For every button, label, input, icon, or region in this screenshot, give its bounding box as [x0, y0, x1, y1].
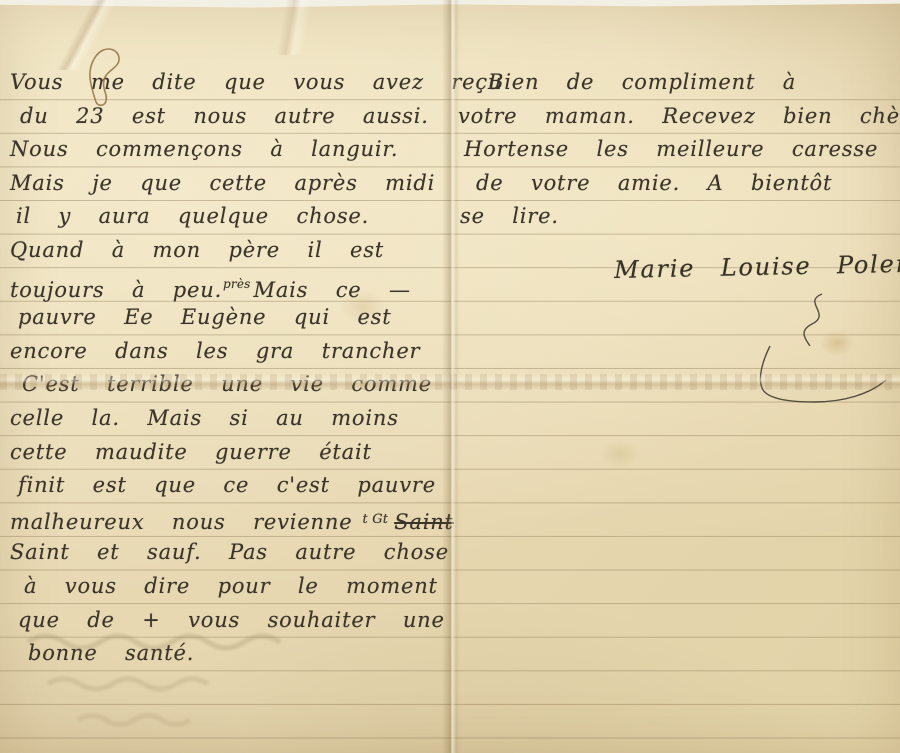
handwriting-line: celle la. Mais si au moins — [10, 402, 446, 436]
bleed-through-ghost-text — [18, 612, 448, 742]
handwriting-line: cette maudite guerre était — [10, 436, 446, 470]
handwriting-line: Mais je que cette après midi — [10, 167, 446, 201]
handwriting-line: Quand à mon père il est — [10, 234, 446, 268]
handwriting-line: finit est que ce c'est pauvre — [18, 469, 446, 503]
handwriting-line: Vous me dite que vous avez reçu — [10, 66, 446, 100]
letter-right-page: Bien de compliment à votre maman. Receve… — [458, 66, 898, 284]
handwriting-line: toujours à peu.prèsMais ce — — [10, 268, 446, 302]
handwriting-line: Nous commençons à languir. — [10, 133, 446, 167]
handwriting-line: Bien de compliment à — [488, 66, 898, 100]
superscript-insertion: près — [223, 277, 250, 291]
handwriting-segment: toujours à peu. — [10, 278, 222, 302]
scanned-letter: Vous me dite que vous avez reçu du 23 es… — [0, 0, 900, 753]
signature-flourish-icon — [788, 292, 842, 348]
handwriting-line: à vous dire pour le moment — [24, 570, 446, 604]
letter-left-page: Vous me dite que vous avez reçu du 23 es… — [10, 66, 446, 671]
handwriting-line: encore dans les gra trancher — [10, 335, 446, 369]
signature: Marie Louise Polen — [614, 247, 899, 287]
vertical-fold-crease — [442, 0, 460, 753]
handwriting-line: votre maman. Recevez bien chère — [458, 100, 898, 134]
handwriting-line: Hortense les meilleure caresse — [464, 133, 898, 167]
handwriting-line: pauvre Ee Eugène qui est — [18, 301, 446, 335]
handwriting-segment: Mais ce — — [254, 278, 411, 302]
handwriting-line: il y aura quelque chose. — [16, 200, 446, 234]
ink-doodle — [82, 44, 130, 108]
paper-crease — [180, 0, 400, 55]
handwriting-line: se lire. — [460, 200, 898, 234]
inserted-correction: t Gt — [362, 512, 388, 527]
handwriting-segment: malheureux nous revienne — [10, 510, 352, 534]
handwriting-line: de votre amie. A bientôt — [476, 167, 898, 201]
handwriting-line: malheureux nous reviennet GtSaint — [10, 503, 446, 537]
handwriting-line: Saint et sauf. Pas autre chose — [10, 536, 446, 570]
